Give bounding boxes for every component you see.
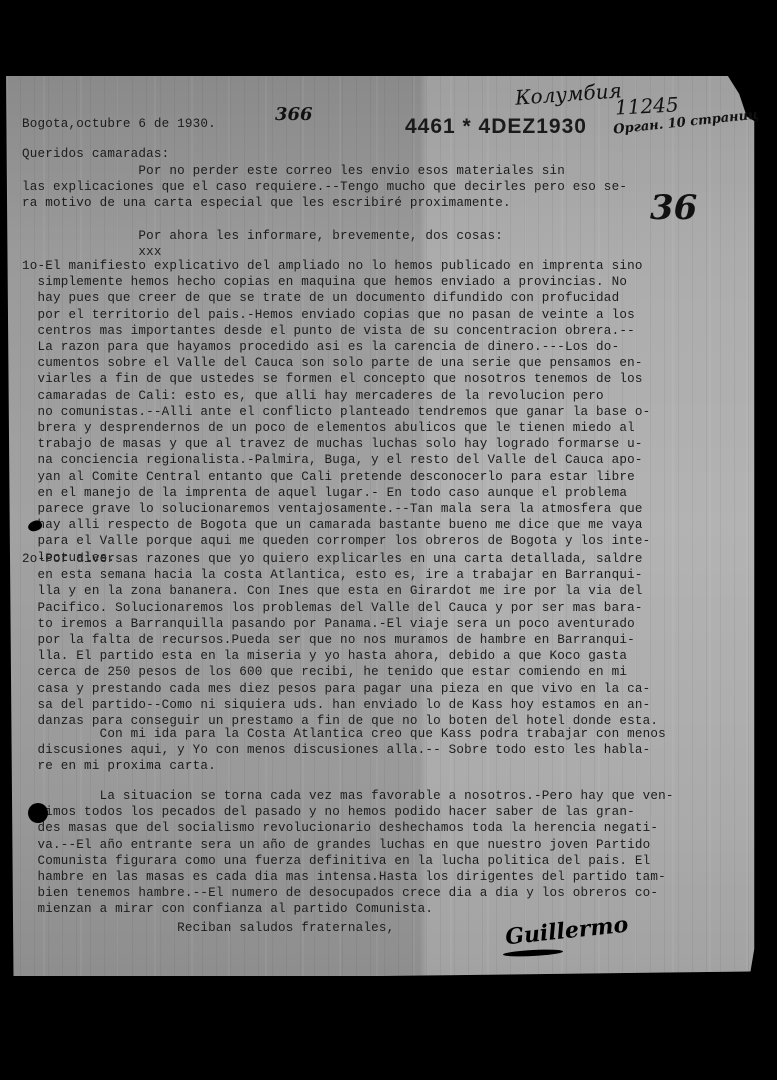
letter-date: Bogota,octubre 6 de 1930. <box>22 116 216 132</box>
paragraph-point-1: 1o-El manifiesto explicativo del ampliad… <box>22 258 650 566</box>
letter-closing: Reciban saludos fraternales, <box>22 920 394 936</box>
handwritten-number-note: 11245 <box>614 92 679 119</box>
paragraph-point-2: 2o-Por diversas razones que yo quiero ex… <box>22 551 658 729</box>
handwritten-folio-number: 36 <box>650 188 697 228</box>
punch-hole <box>28 803 48 823</box>
paragraph-costa-atlantica: Con mi ida para la Costa Atlantica creo … <box>22 726 666 775</box>
paragraph-situacion: La situacion se torna cada vez mas favor… <box>22 788 674 918</box>
archive-stamp: 4461 * 4DEZ1930 <box>405 115 587 139</box>
handwritten-page-mark: 366 <box>275 104 313 125</box>
paragraph-intro: Por no perder este correo les envio esos… <box>22 163 627 260</box>
letter-greeting: Queridos camaradas: <box>22 146 169 162</box>
